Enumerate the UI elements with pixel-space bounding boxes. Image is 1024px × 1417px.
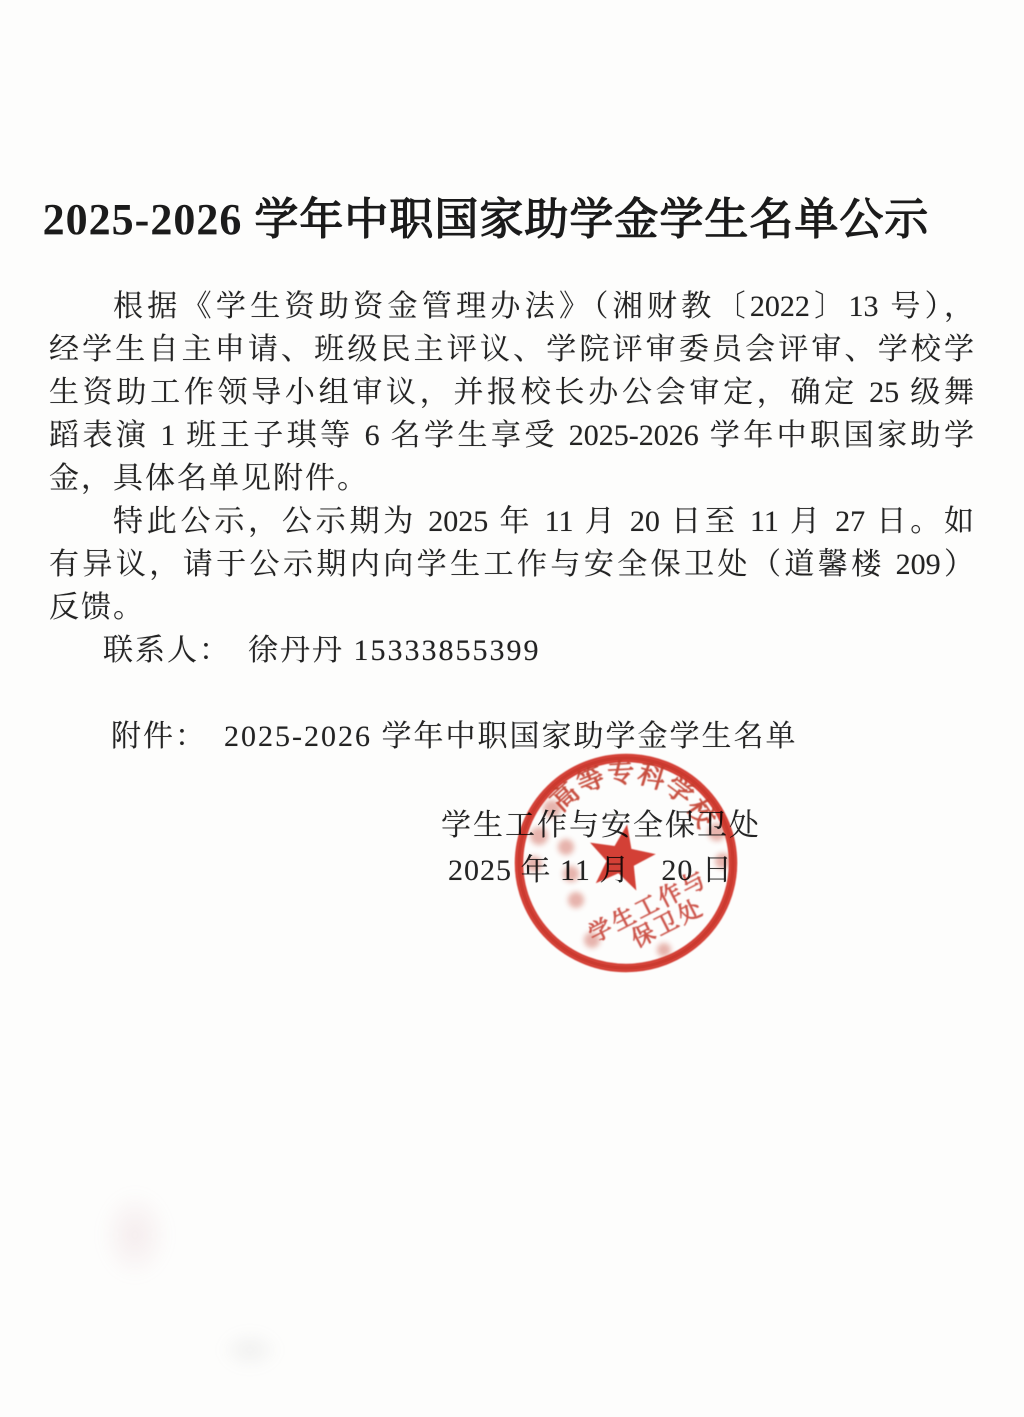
document-title: 2025-2026 学年中职国家助学金学生名单公示 [0, 183, 998, 247]
paragraph-line: 特此公示，公示期为 2025 年 11 月 20 日至 11 月 27 日。如 [49, 500, 974, 543]
paragraph-line: 生资助工作领导小组审议，并报校长办公会审定，确定 25 级舞 [49, 371, 974, 414]
paragraph-line: 经学生自主申请、班级民主评议、学院评审委员会评审、学校学 [49, 328, 974, 371]
paragraph-line: 有异议，请于公示期内向学生工作与安全保卫处（道馨楼 209） [49, 543, 974, 586]
paragraph-line: 蹈表演 1 班王子琪等 6 名学生享受 2025-2026 学年中职国家助学 [49, 414, 974, 457]
paper-smudge [100, 1190, 170, 1280]
seal-inner-text-group: 学生工作与 保卫处 [584, 865, 723, 969]
paragraph-line: 反馈。 [49, 586, 974, 629]
paragraph-line: 根据《学生资助资金管理办法》（湘财教〔2022〕13 号）， [49, 285, 974, 328]
paragraph-line: 金，具体名单见附件。 [49, 457, 974, 500]
attachment-line: 附件： 2025-2026 学年中职国家助学金学生名单 [49, 715, 974, 758]
official-seal: 高等专科学校 学生工作与 保卫处 [514, 752, 738, 976]
seal-star-icon [590, 825, 656, 891]
contact-line: 联系人： 徐丹丹 15333855399 [49, 629, 974, 672]
document-body: 根据《学生资助资金管理办法》（湘财教〔2022〕13 号）， 经学生自主申请、班… [49, 285, 974, 758]
paper-smudge [220, 1330, 280, 1370]
seal-arc-text-group: 高等专科学校 [541, 752, 727, 836]
scanned-document-page: 2025-2026 学年中职国家助学金学生名单公示 根据《学生资助资金管理办法》… [0, 0, 1024, 1417]
seal-arc-text: 高等专科学校 [541, 752, 727, 836]
